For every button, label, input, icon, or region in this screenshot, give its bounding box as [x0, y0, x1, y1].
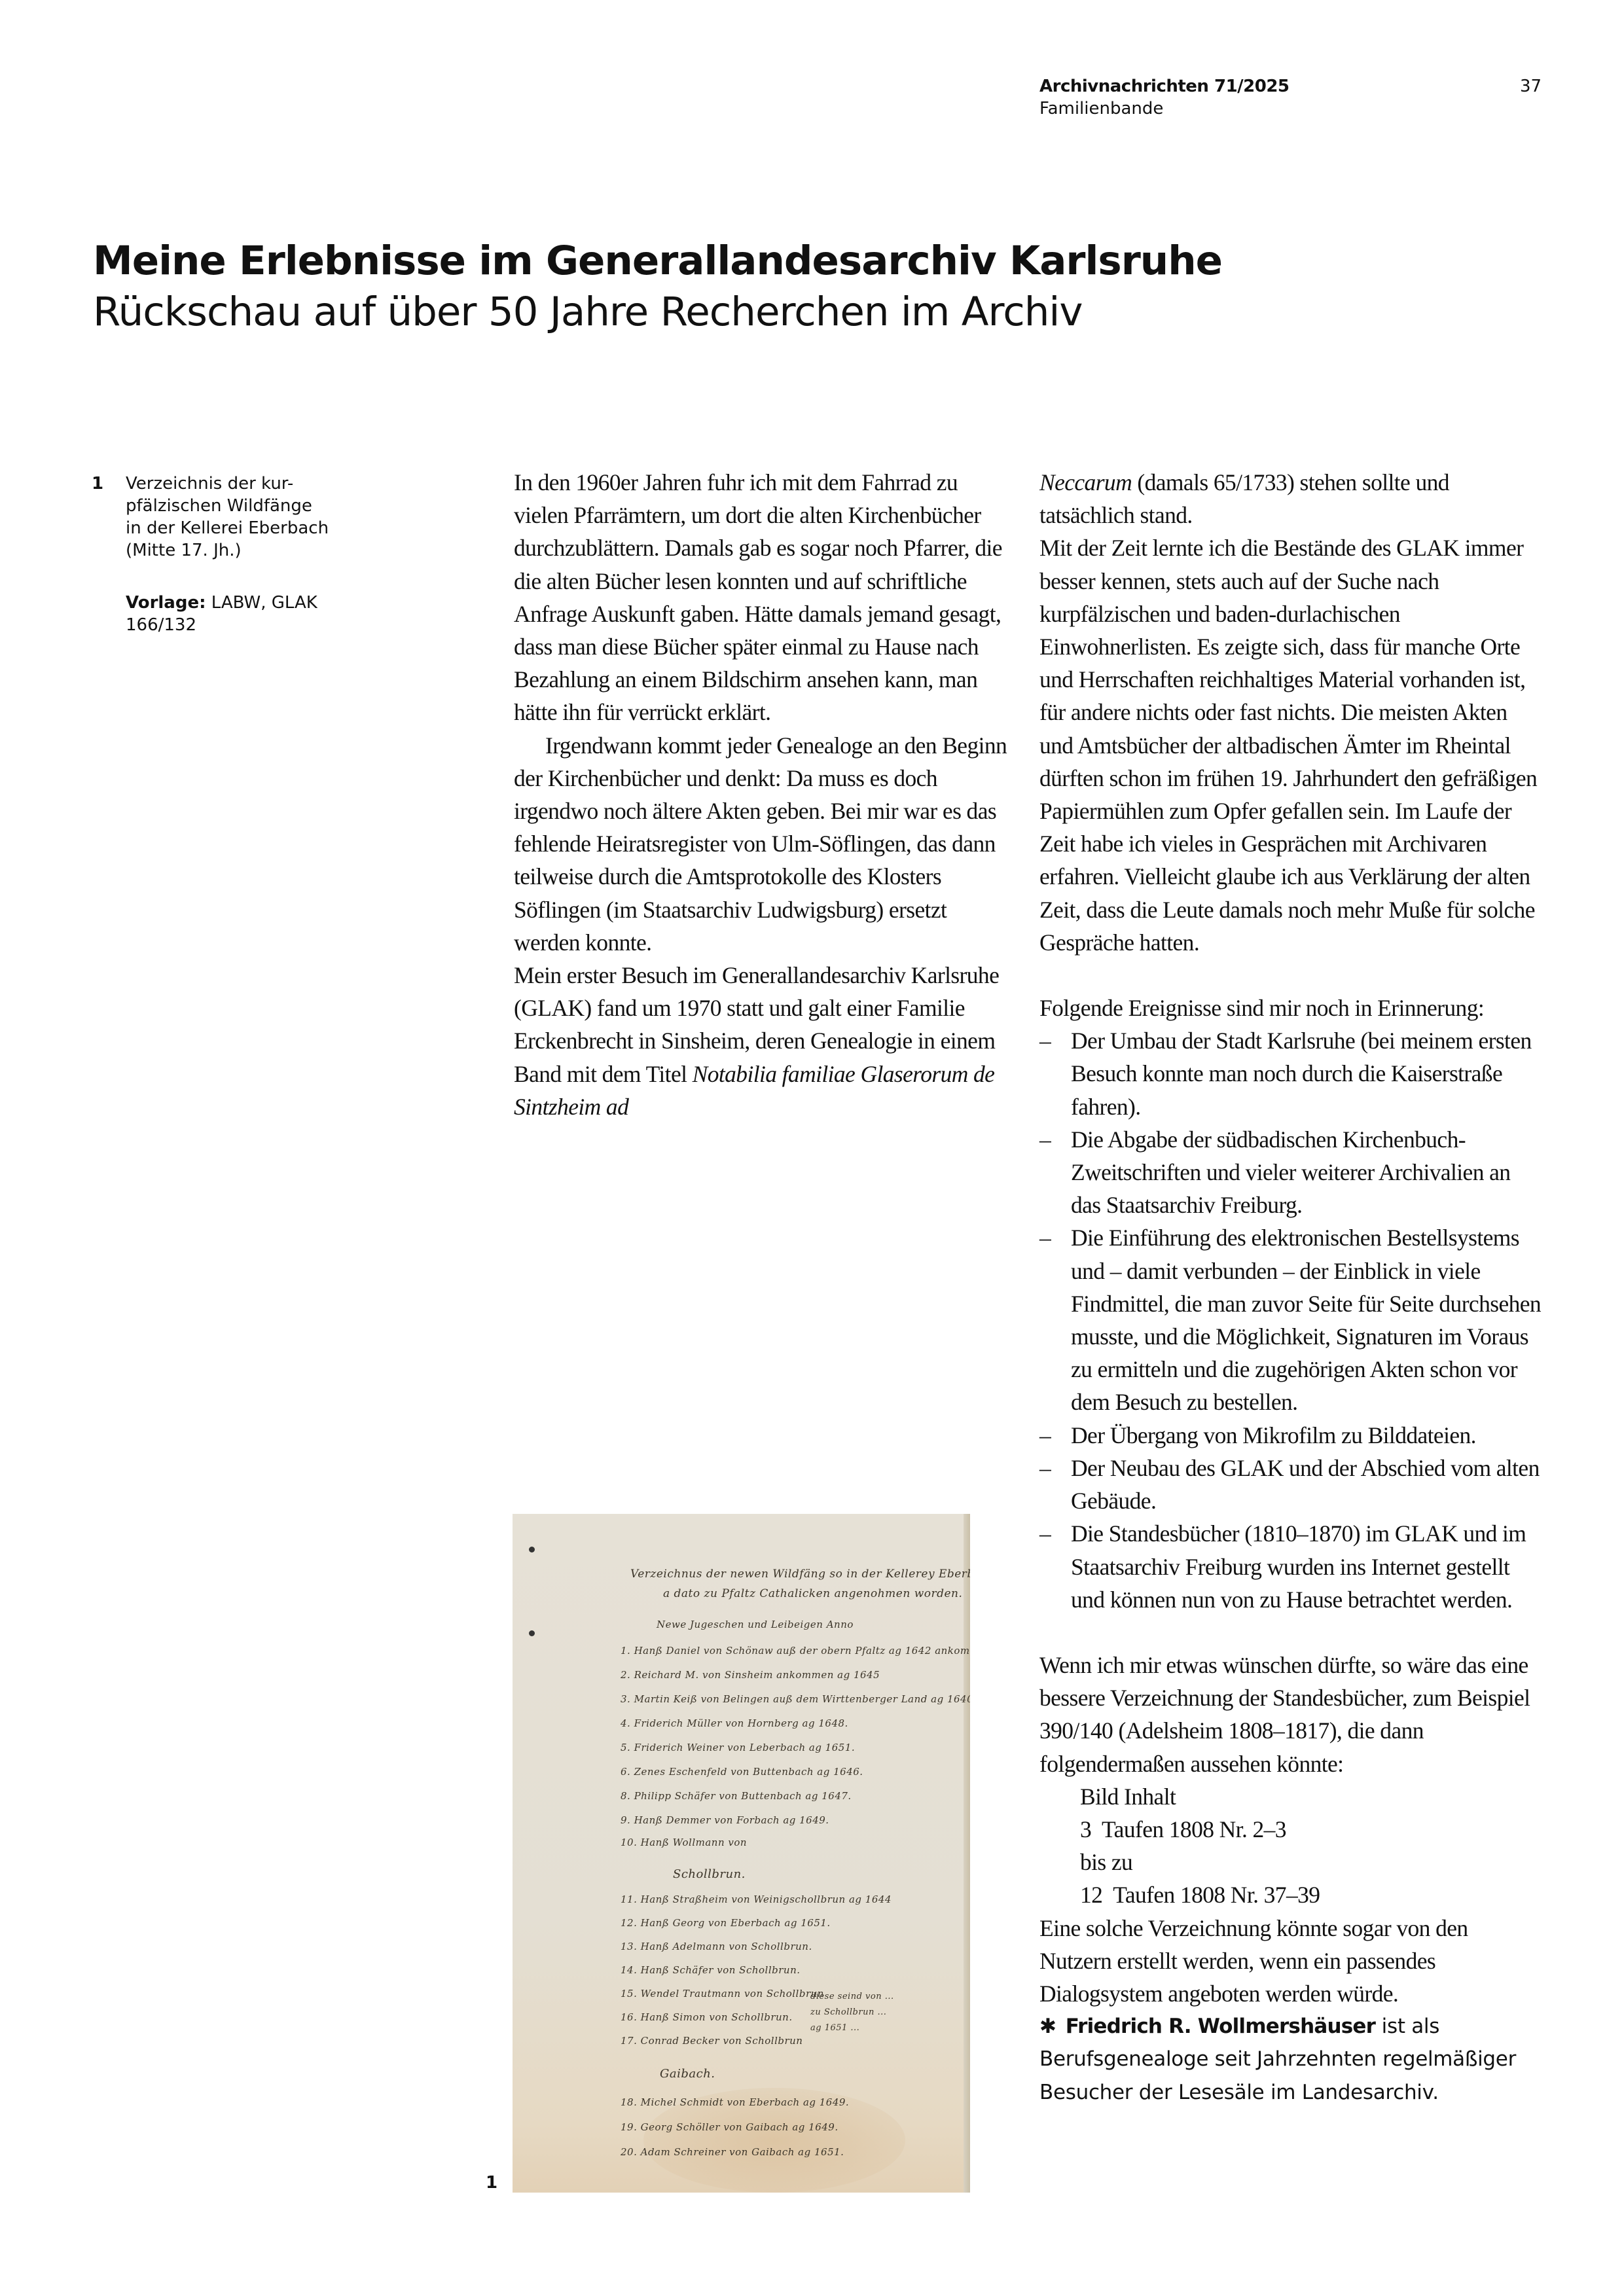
magazine-title: Archivnachrichten 71/2025	[1039, 75, 1290, 98]
handwritten-line: 11. Hanß Straßheim von Weinigschollbrun …	[621, 1893, 892, 1905]
memories-list: Der Umbau der Stadt Karlsruhe (bei meine…	[1039, 1024, 1543, 1616]
handwritten-note: diese seind von ...	[810, 1992, 894, 2001]
handwritten-line: 18. Michel Schmidt von Eberbach ag 1649.	[621, 2096, 849, 2108]
paragraph: Neccarum (damals 65/1733) stehen sollte …	[1039, 466, 1543, 531]
source-value-2: 166/132	[126, 614, 367, 636]
running-header: Archivnachrichten 71/2025 Familienbande	[1039, 75, 1290, 120]
table-between: bis zu	[1039, 1846, 1543, 1878]
handwritten-line: 5. Friderich Weiner von Leberbach ag 165…	[621, 1742, 855, 1753]
body-column-middle: In den 1960er Jahren fuhr ich mit dem Fa…	[514, 466, 1011, 1123]
handwritten-line: 1. Hanß Daniel von Schönaw auß der obern…	[621, 1645, 970, 1657]
list-item: Die Standesbücher (1810–1870) im GLAK un…	[1039, 1517, 1543, 1616]
list-item: Die Einführung des elektronischen Bestel…	[1039, 1221, 1543, 1418]
source-label: Vorlage:	[126, 593, 206, 613]
section-name: Familienbande	[1039, 98, 1290, 120]
table-row: 12 Taufen 1808 Nr. 37–39	[1039, 1878, 1543, 1911]
article-subtitle: Rückschau auf über 50 Jahre Recherchen i…	[93, 287, 1222, 338]
table-row: 3 Taufen 1808 Nr. 2–3	[1039, 1813, 1543, 1846]
table-header: Bild Inhalt	[1039, 1780, 1543, 1813]
handwritten-line: 6. Zenes Eschenfeld von Buttenbach ag 16…	[621, 1766, 863, 1778]
handwritten-line: Newe Jugeschen und Leibeigen Anno	[657, 1619, 854, 1630]
paragraph: Wenn ich mir etwas wünschen dürfte, so w…	[1039, 1649, 1543, 1780]
example-table: Bild Inhalt 3 Taufen 1808 Nr. 2–3 bis zu…	[1039, 1780, 1543, 1912]
book-title-italic: Neccarum	[1039, 469, 1132, 495]
handwritten-line: 4. Friderich Müller von Hornberg ag 1648…	[621, 1717, 848, 1729]
punch-hole	[529, 1547, 535, 1552]
body-column-right: Neccarum (damals 65/1733) stehen sollte …	[1039, 466, 1543, 2109]
asterisk-icon: ✱	[1039, 2015, 1056, 2038]
list-item: Der Übergang von Mikrofilm zu Bilddateie…	[1039, 1419, 1543, 1452]
punch-hole	[529, 1630, 535, 1636]
handwritten-line: 12. Hanß Georg von Eberbach ag 1651.	[621, 1917, 831, 1929]
paragraph: Eine solche Verzeichnung könnte sogar vo…	[1039, 1912, 1543, 2011]
handwritten-line: 14. Hanß Schäfer von Schollbrun.	[621, 1964, 801, 1976]
page-edge-shadow	[964, 1514, 970, 2193]
handwritten-line: Verzeichnus der newen Wildfäng so in der…	[630, 1568, 970, 1581]
author-name: Friedrich R. Wollmershäuser	[1066, 2015, 1375, 2038]
paragraph: In den 1960er Jahren fuhr ich mit dem Fa…	[514, 466, 1011, 729]
article-heading: Meine Erlebnisse im Generallandesarchiv …	[93, 236, 1222, 338]
handwritten-line: 2. Reichard M. von Sinsheim ankommen ag …	[621, 1669, 880, 1681]
list-item: Der Umbau der Stadt Karlsruhe (bei meine…	[1039, 1024, 1543, 1123]
handwritten-line: 20. Adam Schreiner von Gaibach ag 1651.	[621, 2146, 844, 2158]
paragraph: Mit der Zeit lernte ich die Bestände des…	[1039, 531, 1543, 959]
caption-text: Verzeichnis der kur- pfälzischen Wildfän…	[126, 473, 367, 562]
author-bio: ✱Friedrich R. Wollmershäuser ist als Ber…	[1039, 2010, 1543, 2109]
handwritten-line: 19. Georg Schöller von Gaibach ag 1649.	[621, 2121, 839, 2133]
caption-line: pfälzischen Wildfänge	[126, 495, 367, 517]
caption-line: Verzeichnis der kur-	[126, 473, 367, 495]
list-intro: Folgende Ereignisse sind mir noch in Eri…	[1039, 992, 1543, 1024]
handwritten-line: 17. Conrad Becker von Schollbrun	[621, 2035, 803, 2047]
page-number: 37	[1520, 75, 1542, 98]
caption-number: 1	[92, 473, 103, 495]
handwritten-line: 9. Hanß Demmer von Forbach ag 1649.	[621, 1814, 829, 1826]
paragraph: Mein erster Besuch im Generallandesarchi…	[514, 959, 1011, 1123]
handwritten-line: a dato zu Pfaltz Cathalicken angenohmen …	[663, 1587, 962, 1600]
handwritten-line: 16. Hanß Simon von Schollbrun.	[621, 2011, 793, 2023]
figure-caption: 1 Verzeichnis der kur- pfälzischen Wildf…	[92, 473, 367, 636]
manuscript-image: Verzeichnus der newen Wildfäng so in der…	[513, 1514, 970, 2193]
handwritten-heading: Gaibach.	[660, 2067, 715, 2081]
caption-source: Vorlage: LABW, GLAK 166/132	[126, 592, 367, 636]
paragraph: Irgendwann kommt jeder Genealoge an den …	[514, 729, 1011, 959]
article-title: Meine Erlebnisse im Generallandesarchiv …	[93, 236, 1222, 287]
figure-number: 1	[486, 2173, 497, 2193]
handwritten-line: 3. Martin Keiß von Belingen auß dem Wirt…	[621, 1693, 970, 1705]
caption-line: in der Kellerei Eberbach	[126, 517, 367, 539]
list-item: Die Abgabe der südbadischen Kirchenbuch-…	[1039, 1123, 1543, 1222]
handwritten-line: 10. Hanß Wollmann von	[621, 1837, 747, 1848]
handwritten-heading: Schollbrun.	[673, 1867, 746, 1881]
source-value: LABW, GLAK	[211, 593, 317, 613]
list-item: Der Neubau des GLAK und der Abschied vom…	[1039, 1452, 1543, 1517]
handwritten-line: 8. Philipp Schäfer von Buttenbach ag 164…	[621, 1790, 852, 1802]
handwritten-line: 15. Wendel Trautmann von Schollbrun	[621, 1988, 824, 2000]
handwritten-note: ag 1651 ...	[810, 2023, 859, 2033]
handwritten-note: zu Schollbrun ...	[810, 2007, 886, 2017]
caption-line: (Mitte 17. Jh.)	[126, 539, 367, 562]
handwritten-line: 13. Hanß Adelmann von Schollbrun.	[621, 1941, 812, 1952]
